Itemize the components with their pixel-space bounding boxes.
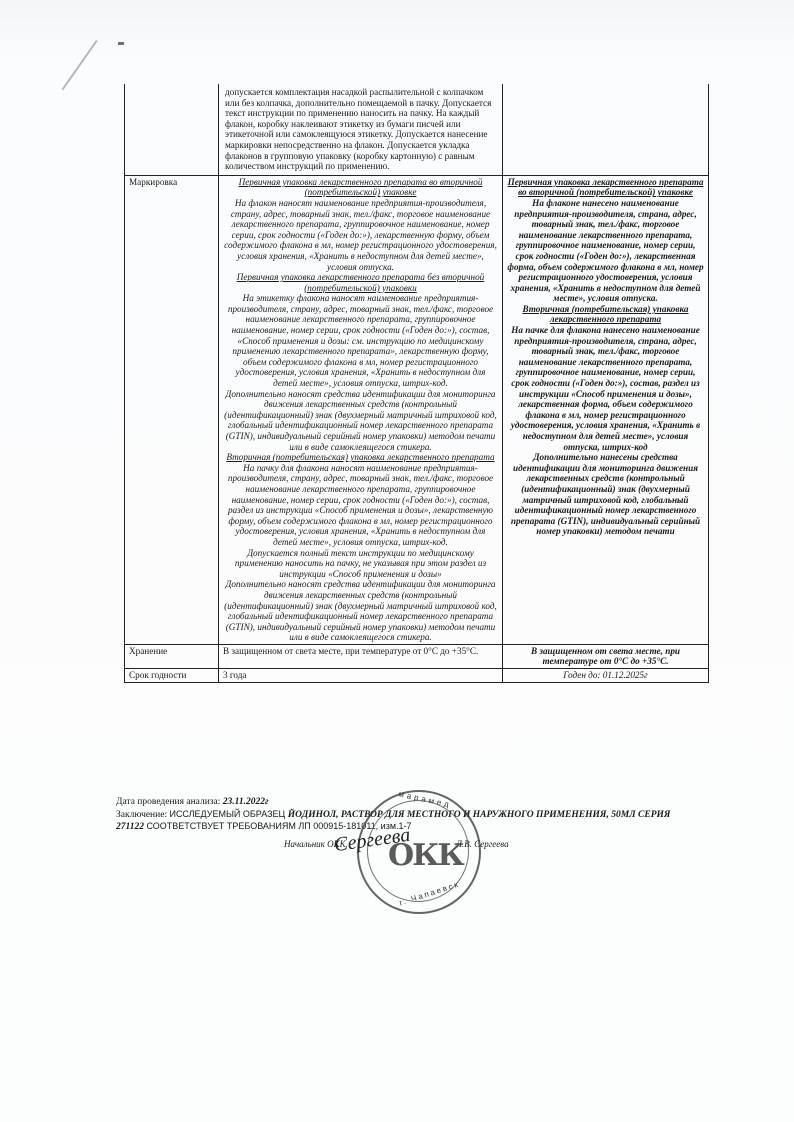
section-text: Допускается полный текст инструкции по м…: [223, 548, 498, 580]
section-heading: Первичная упаковка лекарственного препар…: [507, 177, 704, 198]
spec-cell: В защищенном от света месте, при темпера…: [219, 644, 503, 668]
result-cell: Годен до: 01.12.2025г: [503, 669, 709, 683]
conclusion-pre: ИССЛЕДУЕМЫЙ ОБРАЗЕЦ: [169, 809, 287, 819]
analysis-date-label: Дата проведения анализа:: [116, 797, 223, 807]
result-cell: Первичная упаковка лекарственного препар…: [503, 175, 709, 644]
specification-table: допускается комплектация насадкой распыл…: [124, 84, 709, 683]
section-heading: Вторичная (потребительская) упаковка лек…: [223, 452, 498, 463]
section-text: На пачке для флакона нанесено наименован…: [507, 325, 704, 452]
table-row-storage: Хранение В защищенном от света месте, пр…: [125, 644, 709, 668]
signer-name: Л.В. Сергеева: [456, 839, 509, 849]
section-text: На флаконе нанесено наименование предпри…: [507, 198, 704, 304]
row-label: Хранение: [125, 644, 219, 668]
section-heading: Первичная упаковка лекарственного препар…: [223, 177, 498, 198]
table-row-continuation: допускается комплектация насадкой распыл…: [125, 84, 709, 175]
result-cell: [503, 84, 709, 175]
table-row-marking: Маркировка Первичная упаковка лекарствен…: [125, 175, 709, 644]
spec-cell: 3 года: [219, 669, 503, 683]
scan-artifact: [118, 42, 124, 45]
row-label: Срок годности: [125, 669, 219, 683]
section-text: Дополнительно наносят средства идентифик…: [223, 579, 498, 643]
row-label: [125, 84, 219, 175]
row-label: Маркировка: [125, 175, 219, 644]
conclusion-label: Заключение:: [116, 810, 169, 820]
scan-artifact: [62, 40, 98, 90]
section-heading: Вторичная (потребительская) упаковка лек…: [507, 304, 704, 325]
section-text: На флакон наносят наименование предприят…: [223, 198, 498, 272]
table-row-shelf-life: Срок годности 3 года Годен до: 01.12.202…: [125, 669, 709, 683]
spec-cell: Первичная упаковка лекарственного препар…: [219, 175, 503, 644]
section-text: На этикетку флакона наносят наименование…: [223, 293, 498, 388]
document-page: допускается комплектация насадкой распыл…: [0, 0, 794, 1122]
result-cell: В защищенном от света месте, при темпера…: [503, 644, 709, 668]
analysis-date: 23.11.2022г: [223, 797, 269, 807]
section-text: Дополнительно нанесены средства идентифи…: [507, 452, 704, 537]
section-text: Дополнительно наносят средства идентифик…: [223, 389, 498, 453]
section-text: На пачку для флакона наносят наименовани…: [223, 463, 498, 548]
section-heading: Первичная упаковка лекарственного препар…: [223, 272, 498, 293]
spec-cell: допускается комплектация насадкой распыл…: [219, 84, 503, 175]
